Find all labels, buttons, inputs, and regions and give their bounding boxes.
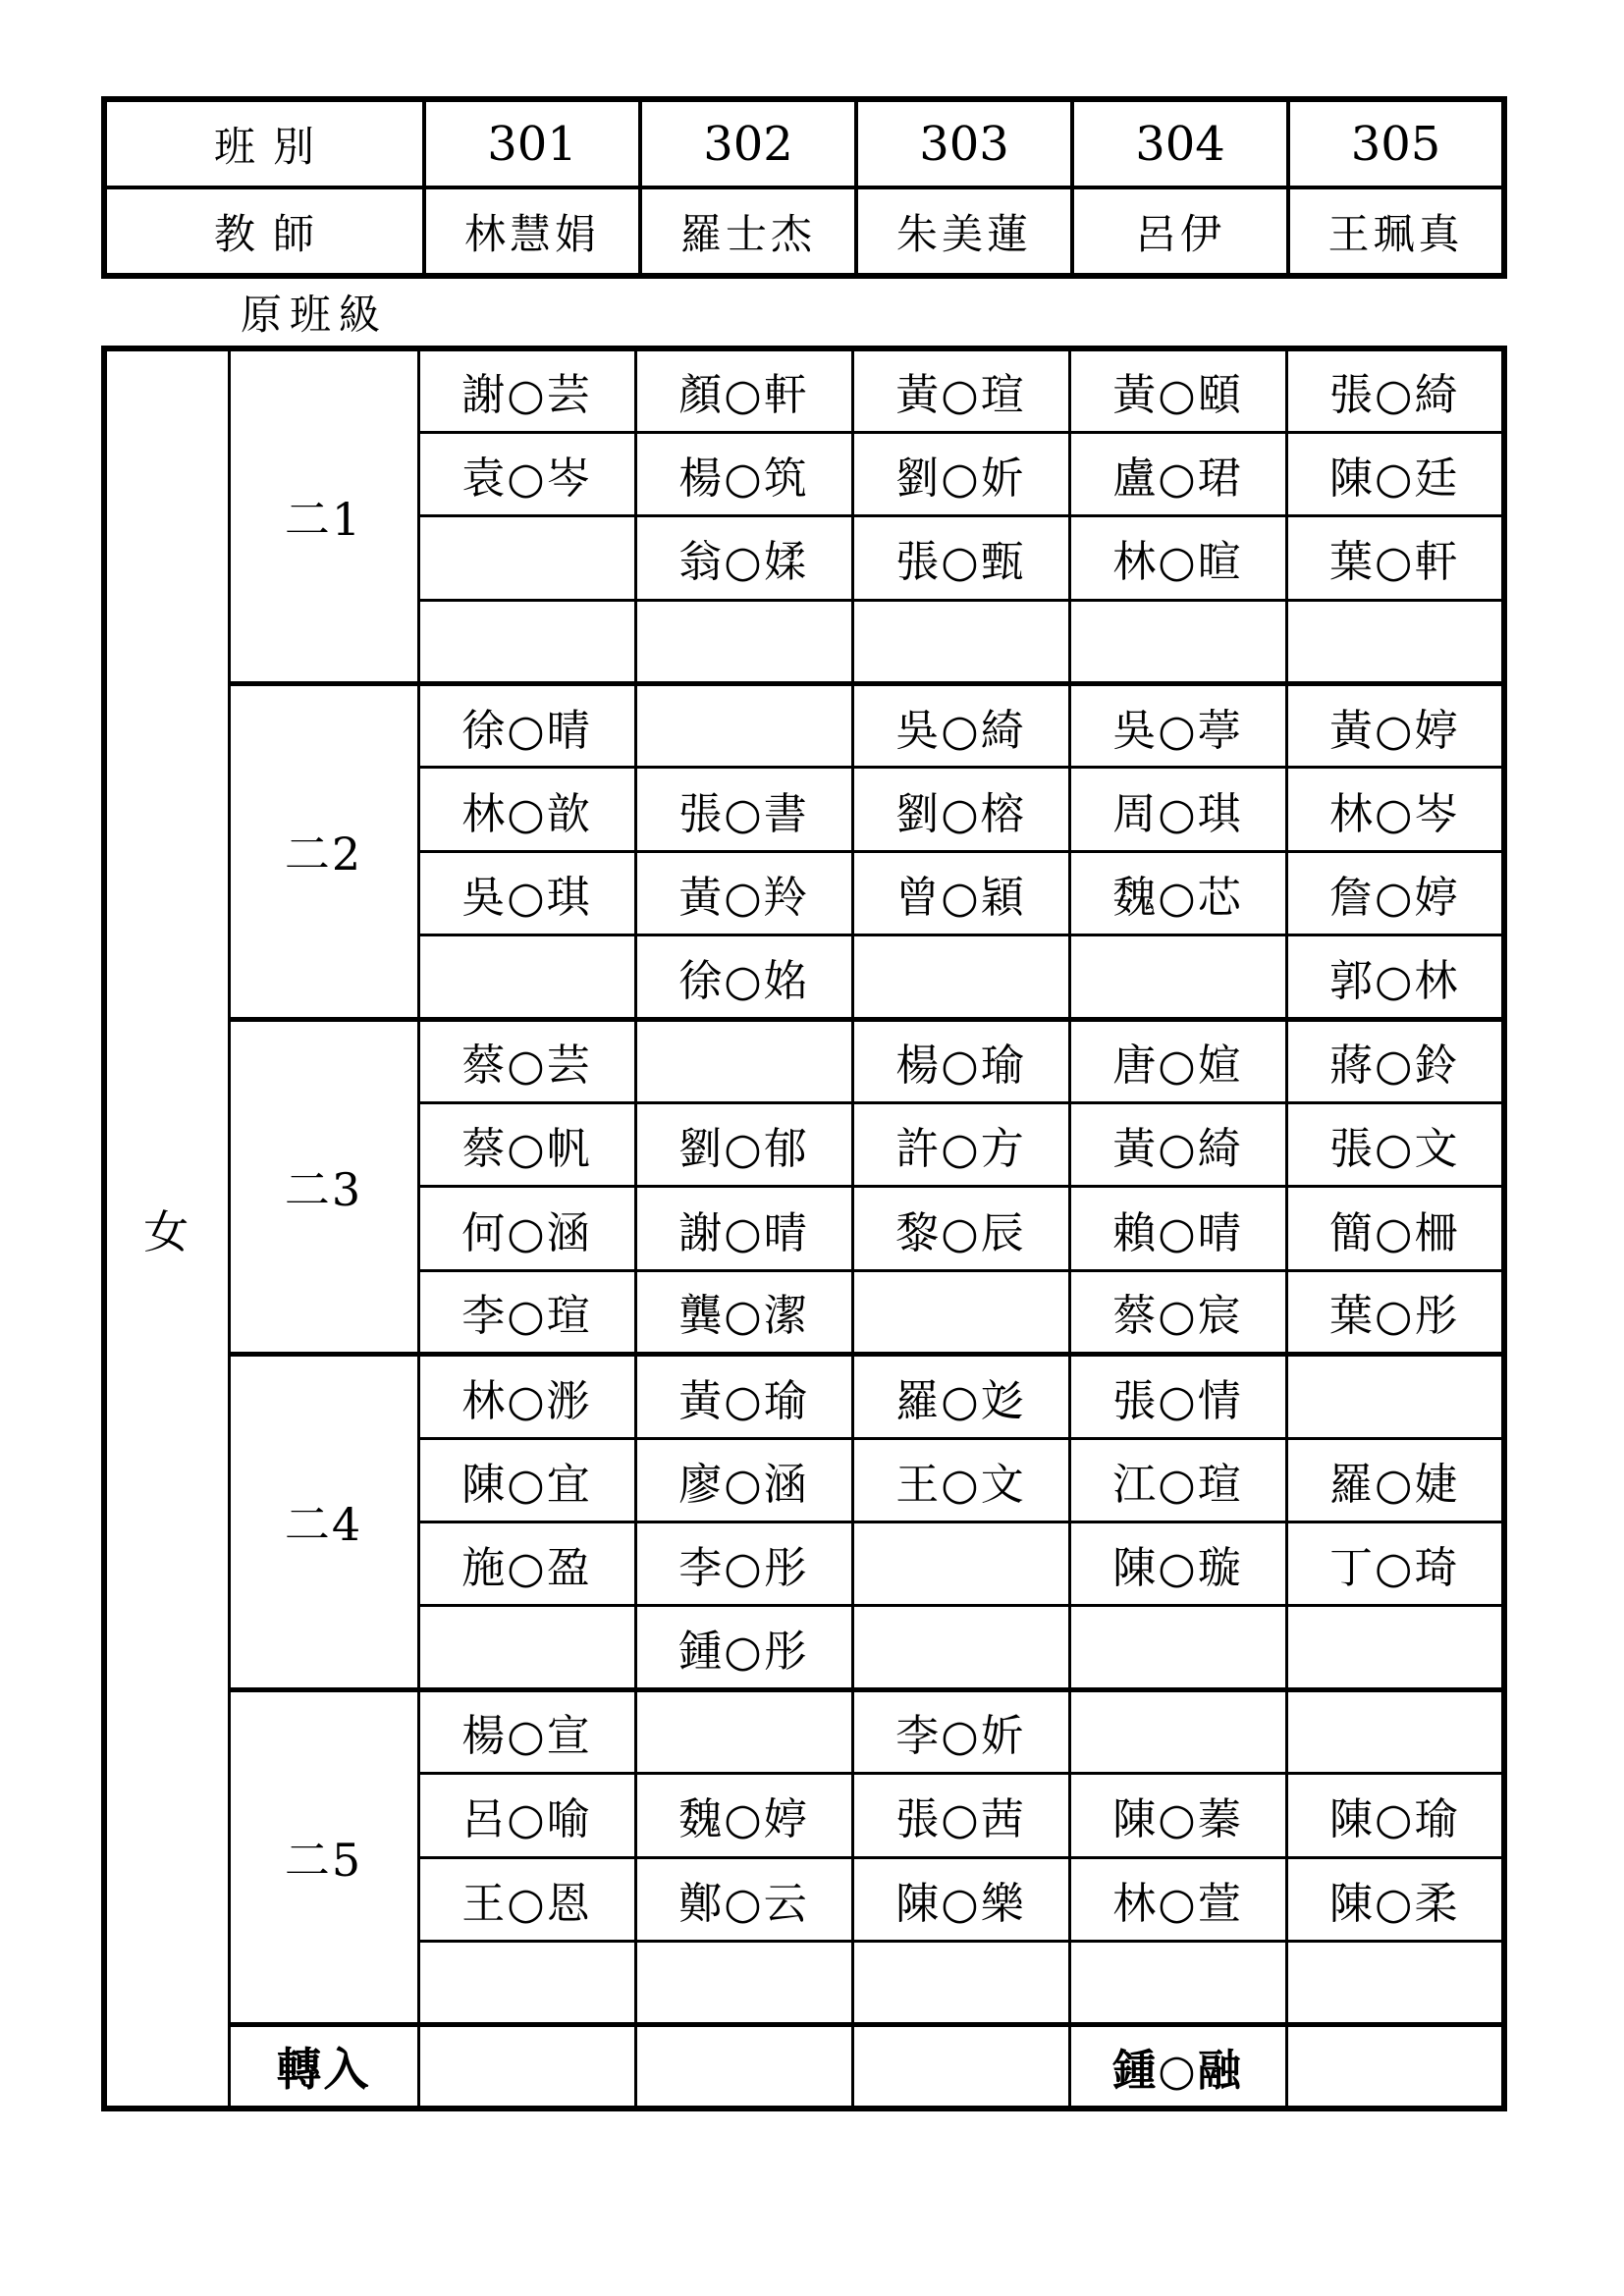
student-name-cell [635,600,852,683]
transfer-in-row: 轉入 鍾○融 [104,2025,1504,2109]
table-row: 二3 蔡○芸 楊○瑜 唐○媗 蔣○鈴 [104,1019,1504,1102]
student-name-cell: 鄭○云 [635,1857,852,1941]
student-name-cell: 李○彤 [635,1522,852,1605]
student-name-cell: 林○岑 [1286,768,1504,851]
teacher-name-cell: 王珮真 [1288,187,1504,276]
student-name-cell: 吳○琪 [418,851,635,934]
student-name-cell [852,1270,1069,1354]
student-name-cell: 詹○婷 [1286,851,1504,934]
student-name-cell [852,1522,1069,1605]
student-name-cell: 林○暄 [1069,516,1286,600]
student-name-cell: 蔡○帆 [418,1103,635,1187]
teacher-row: 教師 林慧娟 羅士杰 朱美蓮 呂伊 王珮真 [104,187,1504,276]
student-name-cell [1286,1606,1504,1689]
student-name-cell: 楊○瑜 [852,1019,1069,1102]
student-name-cell: 魏○芯 [1069,851,1286,934]
student-name-cell: 張○書 [635,768,852,851]
teacher-name-cell: 呂伊 [1072,187,1288,276]
student-name-cell [852,935,1069,1019]
student-name-cell: 陳○宜 [418,1438,635,1522]
student-name-cell: 張○甄 [852,516,1069,600]
student-name-cell: 魏○婷 [635,1774,852,1857]
student-name-cell: 王○文 [852,1438,1069,1522]
student-name-cell: 王○恩 [418,1857,635,1941]
student-name-cell: 黃○綺 [1069,1103,1286,1187]
student-name-cell: 郭○林 [1286,935,1504,1019]
student-name-cell: 翁○媃 [635,516,852,600]
student-name-cell [852,1606,1069,1689]
student-name-cell: 楊○宣 [418,1689,635,1773]
student-name-cell: 謝○芸 [418,348,635,432]
student-name-cell [418,2025,635,2109]
student-name-cell: 吳○綺 [852,684,1069,768]
table-row: 二5 楊○宣 李○妡 [104,1689,1504,1773]
student-name-cell [635,684,852,768]
group-label: 二4 [229,1355,418,1690]
student-roster-table: 女 二1 謝○芸 顏○軒 黃○瑄 黃○頤 張○綺 袁○岑 楊○筑 劉○妡 盧○珺… [101,346,1507,2111]
student-name-cell: 蔡○宸 [1069,1270,1286,1354]
student-name-cell [1069,600,1286,683]
student-name-cell: 陳○璇 [1069,1522,1286,1605]
student-name-cell: 黃○瑄 [852,348,1069,432]
group-label: 二3 [229,1019,418,1355]
table-row: 二4 林○浵 黃○瑜 羅○彣 張○情 [104,1355,1504,1438]
student-name-cell: 陳○柔 [1286,1857,1504,1941]
student-name-cell: 林○歆 [418,768,635,851]
student-name-cell: 陳○廷 [1286,432,1504,515]
class-number-cell: 303 [856,99,1072,187]
student-name-cell [1069,1941,1286,2024]
student-name-cell [1069,935,1286,1019]
student-name-cell [635,2025,852,2109]
student-name-cell [418,600,635,683]
student-name-cell: 袁○岑 [418,432,635,515]
table-row: 女 二1 謝○芸 顏○軒 黃○瑄 黃○頤 張○綺 [104,348,1504,432]
student-name-cell [852,1941,1069,2024]
student-name-cell [1069,1689,1286,1773]
student-name-cell [1286,1355,1504,1438]
student-name-cell: 呂○喻 [418,1774,635,1857]
group-label: 二5 [229,1689,418,2025]
student-name-cell [852,2025,1069,2109]
student-name-cell: 張○情 [1069,1355,1286,1438]
student-name-cell [852,600,1069,683]
student-name-cell [1069,1606,1286,1689]
student-name-cell [1286,600,1504,683]
student-name-cell: 廖○涵 [635,1438,852,1522]
student-name-cell: 蔡○芸 [418,1019,635,1102]
student-name-cell: 黃○頤 [1069,348,1286,432]
student-name-cell [418,1606,635,1689]
group-label: 二2 [229,684,418,1020]
group-label: 二1 [229,348,418,684]
student-name-cell: 黃○瑜 [635,1355,852,1438]
class-teacher-table: 班別 301 302 303 304 305 教師 林慧娟 羅士杰 朱美蓮 呂伊… [101,96,1507,279]
student-name-cell: 謝○晴 [635,1187,852,1270]
student-name-cell [418,935,635,1019]
student-name-cell [1286,1689,1504,1773]
student-name-cell: 許○方 [852,1103,1069,1187]
student-name-cell: 何○涵 [418,1187,635,1270]
student-name-cell: 李○瑄 [418,1270,635,1354]
student-name-cell: 羅○婕 [1286,1438,1504,1522]
student-name-cell [418,1941,635,2024]
student-name-cell: 江○瑄 [1069,1438,1286,1522]
teacher-name-cell: 羅士杰 [640,187,856,276]
student-name-cell: 楊○筑 [635,432,852,515]
student-name-cell: 林○浵 [418,1355,635,1438]
original-class-label: 原班級 [241,283,388,342]
student-name-cell: 蔣○鈴 [1286,1019,1504,1102]
student-name-cell: 徐○晴 [418,684,635,768]
teacher-name-cell: 朱美蓮 [856,187,1072,276]
student-name-cell [635,1941,852,2024]
student-name-cell: 簡○柵 [1286,1187,1504,1270]
student-name-cell: 陳○瑜 [1286,1774,1504,1857]
student-name-cell: 盧○珺 [1069,432,1286,515]
student-name-cell: 顏○軒 [635,348,852,432]
student-name-cell: 鍾○彤 [635,1606,852,1689]
student-name-cell: 張○綺 [1286,348,1504,432]
student-name-cell: 陳○蓁 [1069,1774,1286,1857]
student-name-cell: 施○盈 [418,1522,635,1605]
student-name-cell: 龔○潔 [635,1270,852,1354]
student-name-cell: 葉○彤 [1286,1270,1504,1354]
student-name-cell: 丁○琦 [1286,1522,1504,1605]
student-name-cell [1286,1941,1504,2024]
student-name-cell: 劉○郁 [635,1103,852,1187]
student-name-cell: 曾○穎 [852,851,1069,934]
class-number-cell: 305 [1288,99,1504,187]
student-name-cell: 張○茜 [852,1774,1069,1857]
student-name-cell: 鍾○融 [1069,2025,1286,2109]
student-name-cell: 吳○葶 [1069,684,1286,768]
class-number-cell: 301 [424,99,640,187]
student-name-cell: 黃○婷 [1286,684,1504,768]
student-name-cell: 賴○晴 [1069,1187,1286,1270]
student-name-cell: 陳○樂 [852,1857,1069,1941]
class-row-label: 班別 [104,99,424,187]
student-name-cell: 劉○妡 [852,432,1069,515]
gender-label: 女 [104,348,229,2109]
student-name-cell: 張○文 [1286,1103,1504,1187]
student-name-cell: 黎○辰 [852,1187,1069,1270]
table-row: 二2 徐○晴 吳○綺 吳○葶 黃○婷 [104,684,1504,768]
class-number-cell: 304 [1072,99,1288,187]
student-name-cell [1286,2025,1504,2109]
student-name-cell: 李○妡 [852,1689,1069,1773]
class-number-row: 班別 301 302 303 304 305 [104,99,1504,187]
transfer-in-label: 轉入 [229,2025,418,2109]
student-name-cell [635,1689,852,1773]
student-name-cell: 羅○彣 [852,1355,1069,1438]
student-name-cell: 黃○羚 [635,851,852,934]
student-name-cell: 周○琪 [1069,768,1286,851]
student-name-cell: 徐○姳 [635,935,852,1019]
student-name-cell: 劉○榕 [852,768,1069,851]
student-name-cell [635,1019,852,1102]
class-number-cell: 302 [640,99,856,187]
student-name-cell: 唐○媗 [1069,1019,1286,1102]
student-name-cell [418,516,635,600]
student-name-cell: 葉○軒 [1286,516,1504,600]
teacher-row-label: 教師 [104,187,424,276]
teacher-name-cell: 林慧娟 [424,187,640,276]
student-name-cell: 林○萱 [1069,1857,1286,1941]
